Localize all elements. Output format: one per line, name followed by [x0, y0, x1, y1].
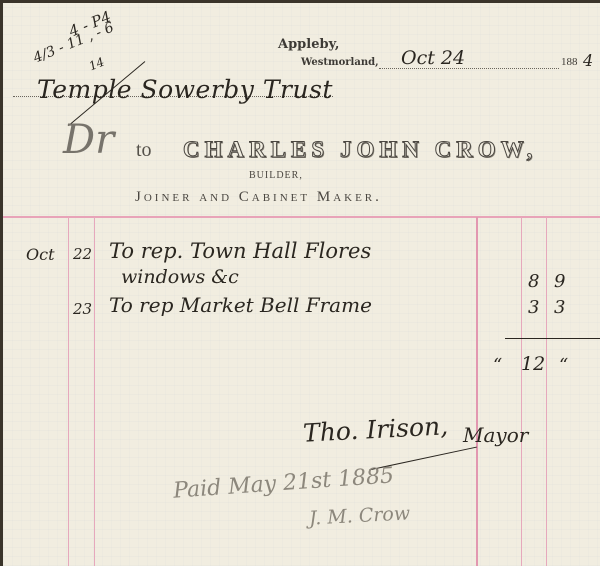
receipt-paid: Paid May 21st 1885: [172, 463, 394, 503]
invoice-document: 4 - P4 4/3 - 11 , - 6 14 Appleby, Westmo…: [3, 3, 600, 566]
ledger-col-desc: [94, 217, 95, 566]
row-shillings: 8: [528, 271, 539, 292]
row-description: windows &c: [121, 266, 239, 288]
ledger-col-pence: [546, 217, 547, 566]
signature-name: Tho. Irison,: [302, 411, 448, 448]
billhead-name: CHARLES JOHN CROW,: [183, 137, 537, 163]
year-suffix: 4: [583, 51, 593, 70]
total-rule: [505, 338, 600, 339]
corner-note-line3: 14: [87, 55, 106, 74]
ledger-col-shillings: [521, 217, 522, 566]
row-pence: 3: [554, 297, 565, 318]
ledger-col-pounds: [476, 217, 478, 566]
billhead-trade: BUILDER,: [249, 170, 303, 181]
total-shillings: 12: [521, 353, 545, 375]
row-month: Oct: [26, 245, 55, 264]
year-prefix: 188: [561, 56, 578, 68]
row-pence: 9: [554, 271, 565, 292]
county-label: Westmorland,: [301, 57, 379, 68]
total-pence-mark: “: [559, 355, 568, 376]
signature-title: Mayor: [463, 423, 528, 447]
billhead-to: to: [136, 139, 152, 162]
row-description: To rep. Town Hall Flores: [109, 239, 371, 263]
billhead-subtitle: Joiner and Cabinet Maker.: [135, 189, 382, 206]
total-pounds-mark: “: [493, 355, 502, 376]
dr-flourish: Dr: [63, 117, 114, 163]
row-shillings: 3: [528, 297, 539, 318]
row-day: 23: [73, 300, 92, 318]
addressee: Temple Sowerby Trust: [37, 75, 333, 104]
row-description: To rep Market Bell Frame: [109, 293, 372, 317]
ledger-col-date: [68, 217, 69, 566]
receipt-signed: J. M. Crow: [308, 502, 410, 529]
row-day: 22: [73, 245, 92, 263]
date-line: Westmorland, Oct 24 188 4: [301, 53, 596, 73]
town-label: Appleby,: [278, 37, 339, 52]
date-handwritten: Oct 24: [401, 47, 465, 69]
ledger-top-rule: [3, 216, 600, 218]
